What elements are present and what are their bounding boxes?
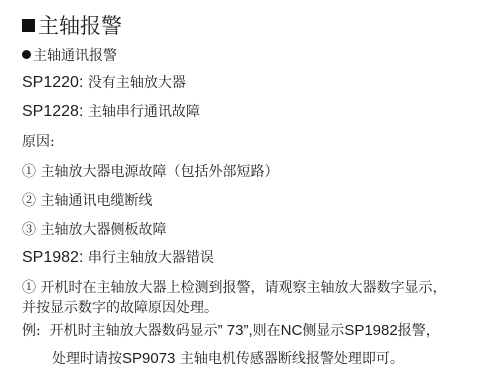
example-code: SP9073: [122, 350, 175, 367]
square-bullet-icon: [22, 19, 35, 32]
alarm-desc: 串行主轴放大器错误: [88, 250, 214, 266]
section-heading-text: 主轴通讯报警: [33, 48, 117, 64]
example-text: 主轴电机传感器断线报警处理即可。: [175, 351, 403, 367]
example-text: 处理时请按: [52, 351, 122, 367]
example-text: 报警，: [398, 323, 440, 339]
example-line-2: 处理时请按SP9073 主轴电机传感器断线报警处理即可。: [52, 348, 404, 368]
alarm-code: SP1228:: [22, 103, 83, 120]
alarm-sp1228: SP1228: 主轴串行通讯故障: [22, 101, 200, 121]
example-text: 则在: [253, 323, 281, 339]
example-text: 侧显示: [302, 323, 344, 339]
alarm-code: SP1220:: [22, 74, 83, 91]
example-text: 开机时主轴放大器数码显示: [50, 323, 218, 339]
title-text: 主轴报警: [38, 14, 122, 38]
note-line-1: ① 开机时在主轴放大器上检测到报警，请观察主轴放大器数字显示，: [22, 277, 446, 297]
example-value: ” 73”,: [218, 322, 253, 339]
cause-item: ③ 主轴放大器侧板故障: [22, 219, 166, 239]
alarm-sp1220: SP1220: 没有主轴放大器: [22, 72, 186, 92]
alarm-sp1982: SP1982: 串行主轴放大器错误: [22, 247, 214, 267]
cause-label: 原因:: [22, 131, 55, 151]
page-title: 主轴报警: [22, 10, 122, 40]
alarm-code: SP1982:: [22, 249, 83, 266]
example-label: 例:: [22, 323, 41, 339]
example-nc: NC: [281, 322, 303, 339]
section-heading: 主轴通讯报警: [22, 45, 117, 65]
example-line-1: 例: 开机时主轴放大器数码显示” 73”,则在NC侧显示SP1982报警，: [22, 320, 440, 340]
round-bullet-icon: [22, 50, 31, 59]
alarm-desc: 没有主轴放大器: [88, 75, 186, 91]
cause-item: ① 主轴放大器电源故障（包括外部短路）: [22, 161, 278, 181]
alarm-desc: 主轴串行通讯故障: [88, 104, 200, 120]
note-line-2: 并按显示数字的故障原因处理。: [22, 297, 218, 317]
cause-item: ② 主轴通讯电缆断线: [22, 190, 152, 210]
example-code: SP1982: [344, 322, 397, 339]
